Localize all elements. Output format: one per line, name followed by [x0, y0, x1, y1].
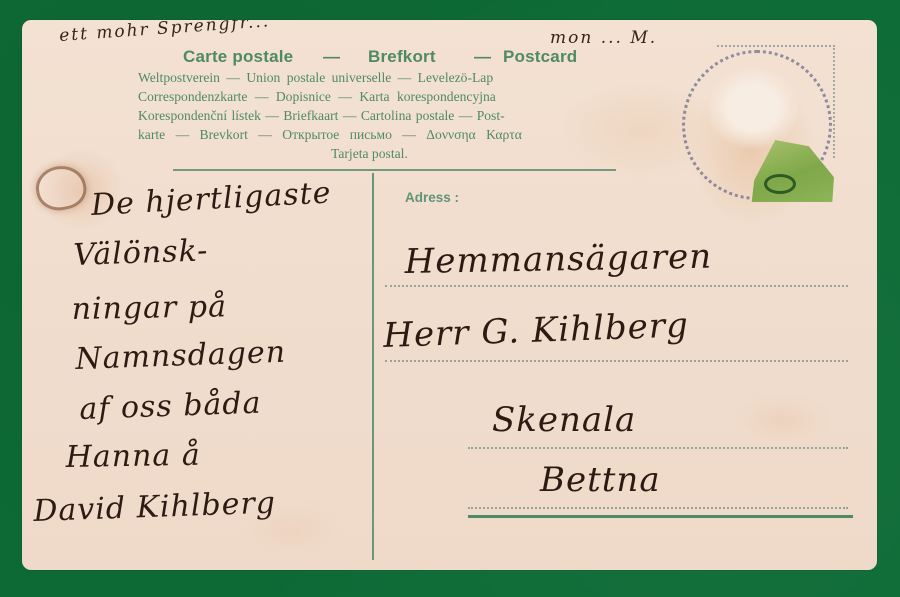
address-village: Skenala [492, 400, 636, 440]
message-line-3: ningar på [71, 289, 227, 327]
message-line-5: af oss båda [79, 386, 262, 427]
header-line-5: Tarjeta postal. [331, 144, 408, 163]
title-dash-2: — [474, 47, 491, 67]
message-line-1: De hjertligaste [90, 175, 332, 223]
handwritten-top-left: ett mohr Sprengfr... [59, 20, 271, 46]
title-postcard: Postcard [503, 47, 577, 67]
message-line-4: Namnsdagen [75, 335, 287, 377]
address-label: Adress : [405, 190, 459, 205]
address-line-3 [468, 447, 848, 449]
address-line-4 [468, 507, 848, 509]
message-line-2: Välönsk- [73, 233, 209, 273]
address-recipient-name: Herr G. Kihlberg [383, 305, 690, 356]
title-carte-postale: Carte postale [183, 47, 293, 67]
header-divider [173, 169, 616, 171]
header-line-4: karte — Brevkort — Открытое письмо — Δον… [138, 125, 522, 144]
address-line-1 [385, 285, 848, 287]
message-signature: David Kihlberg [33, 486, 277, 529]
message-line-6: Hanna å [65, 438, 201, 475]
title-dash-1: — [323, 47, 340, 67]
title-brefkort: Brefkort [368, 47, 436, 67]
address-parish: Bettna [540, 460, 661, 500]
address-underline [468, 515, 853, 518]
address-line-2 [385, 360, 848, 362]
address-recipient-title: Hemmansägaren [404, 237, 712, 282]
center-divider [372, 173, 374, 560]
handwritten-top-right: mon ... M. [550, 28, 657, 48]
postcard: Carte postale — Brefkort — Postcard Welt… [22, 20, 877, 570]
header-line-2: Correspondenzkarte — Dopisnice — Karta k… [138, 87, 496, 106]
header-line-3: Korespondenční lístek — Briefkaart — Car… [138, 106, 505, 125]
ink-circle-mark [32, 161, 90, 214]
header-line-1: Weltpostverein — Union postale universel… [138, 68, 493, 87]
